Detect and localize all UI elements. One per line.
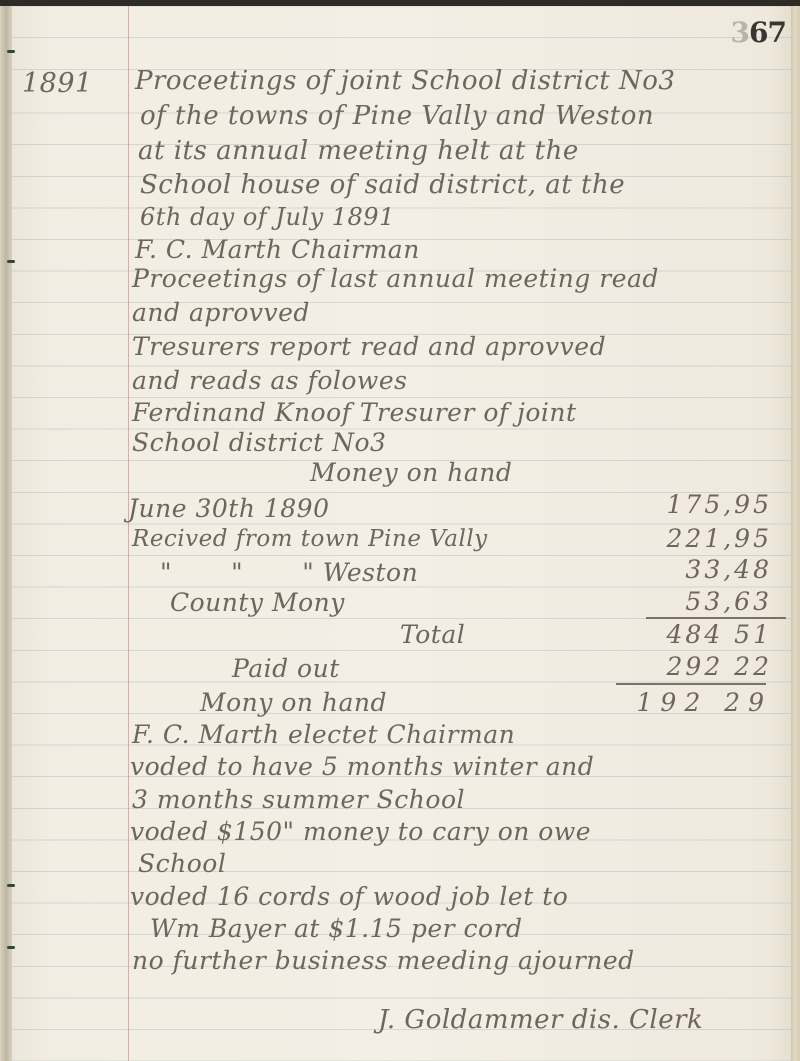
heading-line: Proceetings of joint School district No3 xyxy=(135,66,675,96)
page-edge-stack xyxy=(791,6,800,1061)
resolution-line: 3 months summer School xyxy=(132,785,465,814)
ledger-row-amount: 221,95 xyxy=(612,524,772,553)
ledger-row-amount: 175,95 xyxy=(612,490,772,519)
ledger-row-amount: 53,63 xyxy=(612,587,772,616)
heading-line: School house of said district, at the xyxy=(140,170,625,200)
ledger-row-label: County Mony xyxy=(170,588,345,617)
resolution-line: voded $150" money to cary on owe xyxy=(130,817,591,846)
resolution-line: F. C. Marth electet Chairman xyxy=(132,720,515,749)
ledger-row-amount: 33,48 xyxy=(612,555,772,584)
approval-line: School district No3 xyxy=(132,428,386,457)
balance-underline xyxy=(616,683,766,685)
red-margin-line xyxy=(128,6,129,1061)
approval-line: and aprovved xyxy=(132,298,310,327)
margin-year: 1891 xyxy=(22,68,93,99)
resolution-line: Wm Bayer at $1.15 per cord xyxy=(150,914,523,943)
book-binding xyxy=(0,6,12,1061)
resolution-line: no further business meeding ajourned xyxy=(132,946,635,975)
heading-line: 6th day of July 1891 xyxy=(140,203,395,231)
resolution-line: School xyxy=(138,849,226,878)
clerk-signature: J. Goldammer dis. Clerk xyxy=(378,1005,703,1035)
approval-line: Tresurers report read and aprovved xyxy=(132,332,606,361)
ledger-balance-label: Mony on hand xyxy=(200,688,387,717)
ledger-row-label: " " " Weston xyxy=(160,558,418,587)
chairman-line: F. C. Marth Chairman xyxy=(135,235,420,264)
page-number: 367 xyxy=(731,16,786,49)
heading-line: at its annual meeting helt at the xyxy=(138,136,579,166)
resolution-line: voded to have 5 months winter and xyxy=(130,752,594,781)
binding-stitch xyxy=(7,50,15,53)
ledger-total-label: Total xyxy=(400,620,465,649)
ledger-row-label: June 30th 1890 xyxy=(128,494,330,523)
ledger-paid-amount: 292 22 xyxy=(612,652,772,681)
sum-underline xyxy=(646,617,786,619)
approval-line: Ferdinand Knoof Tresurer of joint xyxy=(132,398,577,427)
ledger-row-label: Recived from town Pine Vally xyxy=(132,526,488,552)
binding-stitch xyxy=(7,884,15,887)
binding-stitch xyxy=(7,946,15,949)
resolution-line: voded 16 cords of wood job let to xyxy=(130,882,568,911)
ledger-paid-label: Paid out xyxy=(232,654,340,683)
ledger-balance-amount: 192 29 xyxy=(612,688,772,717)
approval-line: and reads as folowes xyxy=(132,366,407,395)
approval-line: Proceetings of last annual meeting read xyxy=(132,264,659,293)
ledger-total-amount: 484 51 xyxy=(612,620,772,649)
binding-stitch xyxy=(7,260,15,263)
heading-line: of the towns of Pine Vally and Weston xyxy=(140,101,654,131)
ledger-heading: Money on hand xyxy=(310,458,512,487)
page-number-value: 67 xyxy=(749,16,786,49)
page-number-ghost: 3 xyxy=(731,16,749,49)
